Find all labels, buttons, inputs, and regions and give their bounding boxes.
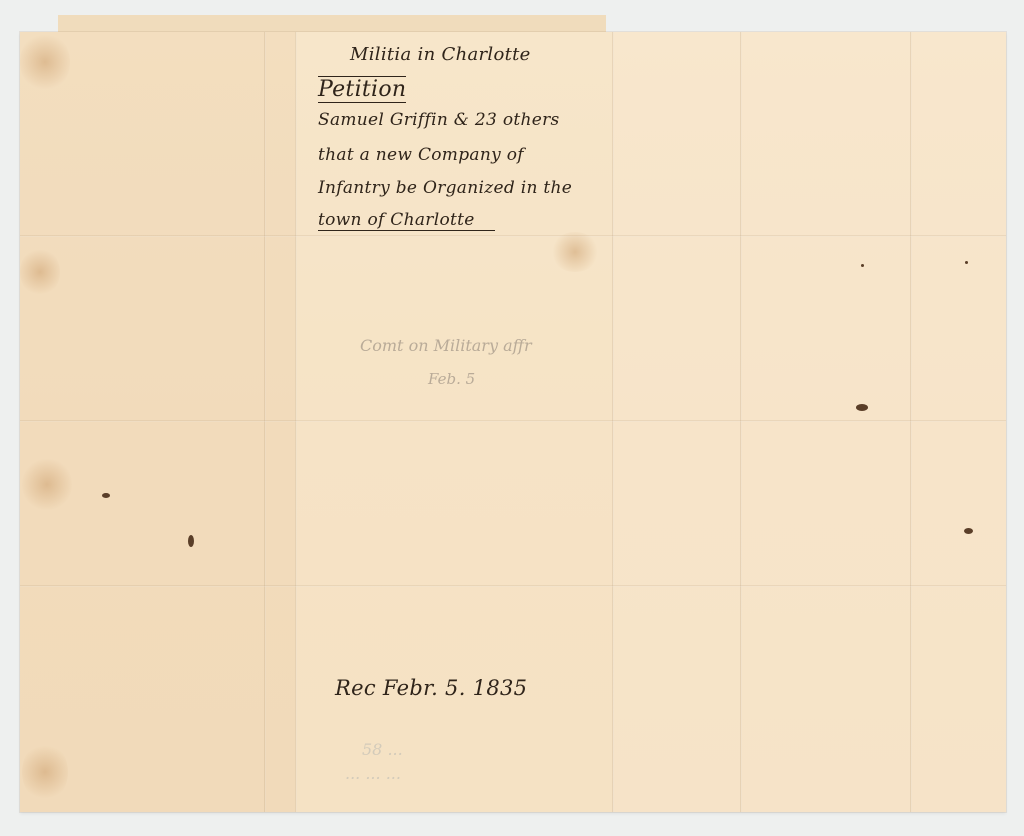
bleed-through-text: 58 ... bbox=[362, 740, 403, 759]
stain bbox=[20, 247, 60, 297]
docket-line: Samuel Griffin & 23 others bbox=[318, 110, 560, 130]
docket-heading: Petition bbox=[318, 76, 406, 103]
left-panel bbox=[20, 32, 295, 812]
ink-spot bbox=[861, 264, 864, 267]
docket-line: Infantry be Organized in the bbox=[318, 178, 572, 198]
docket-line: that a new Company of bbox=[318, 145, 524, 165]
bleed-through-text: ... ... ... bbox=[345, 764, 401, 783]
pencil-committee-note: Comt on Military affr bbox=[360, 336, 532, 355]
fold-line-vertical bbox=[264, 32, 266, 812]
ink-spot bbox=[856, 404, 868, 411]
right-panel bbox=[612, 32, 1006, 812]
document-scan: Militia in Charlotte Petition Samuel Gri… bbox=[0, 0, 1024, 836]
ink-spot bbox=[965, 261, 968, 264]
ink-spot bbox=[964, 528, 973, 534]
ink-spot bbox=[188, 535, 194, 547]
docket-line: town of Charlotte bbox=[318, 210, 495, 231]
pencil-date-note: Feb. 5 bbox=[428, 370, 475, 388]
fold-line-horizontal bbox=[20, 585, 1006, 587]
fold-line-horizontal bbox=[20, 420, 1006, 422]
stain bbox=[22, 742, 68, 802]
docket-title: Militia in Charlotte bbox=[350, 44, 531, 65]
fold-line-vertical bbox=[740, 32, 742, 812]
fold-line-vertical bbox=[612, 32, 614, 812]
stain bbox=[22, 457, 72, 512]
fold-line-vertical bbox=[910, 32, 912, 812]
fold-line-vertical bbox=[295, 32, 297, 812]
ink-spot bbox=[102, 493, 110, 498]
fold-line-horizontal bbox=[20, 235, 1006, 237]
received-date: Rec Febr. 5. 1835 bbox=[335, 676, 527, 700]
stain bbox=[550, 232, 600, 272]
stain bbox=[20, 32, 70, 92]
